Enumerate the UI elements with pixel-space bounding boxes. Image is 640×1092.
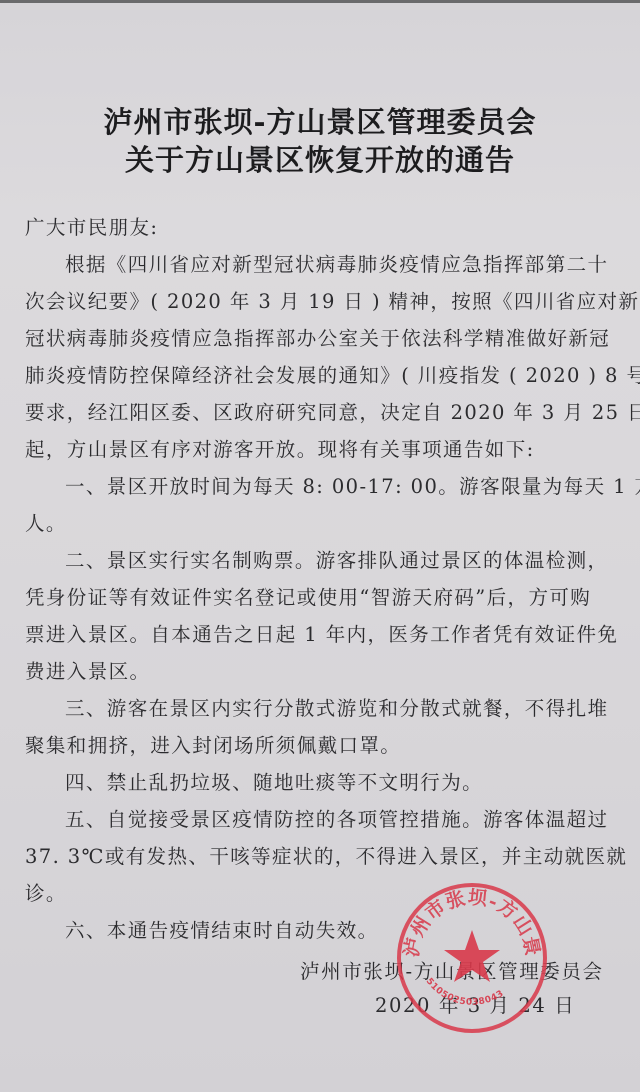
- item-2-line: 费进入景区。: [25, 660, 621, 684]
- item-4-line: 四、禁止乱扔垃圾、随地吐痰等不文明行为。: [25, 771, 621, 795]
- body-line: 根据《四川省应对新型冠状病毒肺炎疫情应急指挥部第二十: [25, 253, 621, 277]
- item-2-line: 票进入景区。自本通告之日起 1 年内，医务工作者凭有效证件免: [25, 623, 621, 647]
- item-1-line: 人。: [25, 512, 621, 536]
- svg-text:5105025038043: 5105025038043: [424, 977, 506, 1008]
- body-line: 肺炎疫情防控保障经济社会发展的通知》( 川疫指发 ( 2020 ) 8 号 ): [25, 364, 621, 388]
- body-line: 次会议纪要》( 2020 年 3 月 19 日 ) 精神，按照《四川省应对新型: [25, 290, 621, 314]
- document-title-line-1: 泸州市张坝-方山景区管理委员会: [0, 100, 640, 141]
- item-5-line: 37. 3℃或有发热、干咳等症状的，不得进入景区，并主动就医就: [25, 845, 621, 869]
- item-2-line: 凭身份证等有效证件实名登记或使用“智游天府码”后，方可购: [25, 586, 621, 610]
- body-line: 起，方山景区有序对游客开放。现将有关事项通告如下:: [25, 438, 621, 462]
- item-2-line: 二、景区实行实名制购票。游客排队通过景区的体温检测，: [25, 549, 621, 573]
- body-line: 冠状病毒肺炎疫情应急指挥部办公室关于依法科学精准做好新冠: [25, 327, 621, 351]
- body-line: 要求，经江阳区委、区政府研究同意，决定自 2020 年 3 月 25 日: [25, 401, 621, 425]
- document-title-line-2: 关于方山景区恢复开放的通告: [0, 138, 640, 179]
- item-3-line: 聚集和拥挤，进入封闭场所须佩戴口罩。: [25, 734, 621, 758]
- item-5-line: 五、自觉接受景区疫情防控的各项管控措施。游客体温超过: [25, 808, 621, 832]
- item-3-line: 三、游客在景区内实行分散式游览和分散式就餐，不得扎堆: [25, 697, 621, 721]
- paper-top-edge: [0, 0, 640, 3]
- official-seal-icon: 泸州市张坝-方山景区管理委员会 5105025038043: [392, 878, 552, 1038]
- item-1-line: 一、景区开放时间为每天 8: 00-17: 00。游客限量为每天 1 万: [25, 475, 621, 499]
- greeting: 广大市民朋友:: [25, 216, 621, 240]
